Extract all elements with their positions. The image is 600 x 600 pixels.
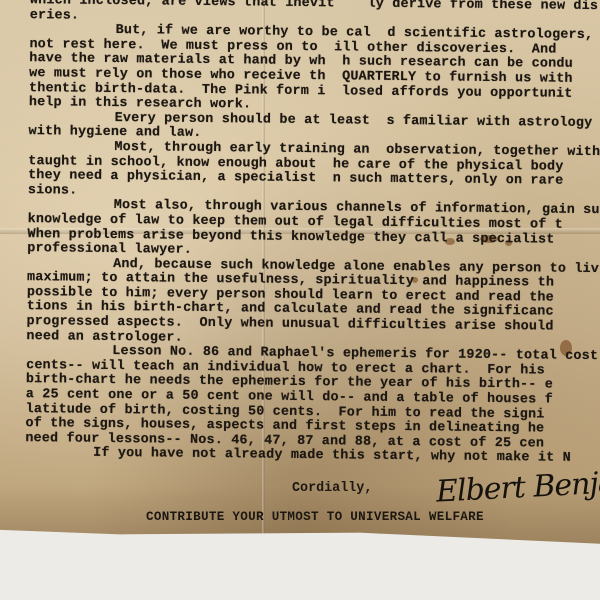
footer-motto: CONTRIBUTE YOUR UTMOST TO UNIVERSAL WELF… — [146, 510, 484, 524]
letter-body: which inclosed, are views that inevit ly… — [15, 0, 600, 468]
letter-paper: which inclosed, are views that inevit ly… — [0, 0, 600, 552]
closing-salutation: Cordially, — [292, 481, 372, 496]
handwritten-signature: Elbert Benja — [435, 465, 600, 509]
